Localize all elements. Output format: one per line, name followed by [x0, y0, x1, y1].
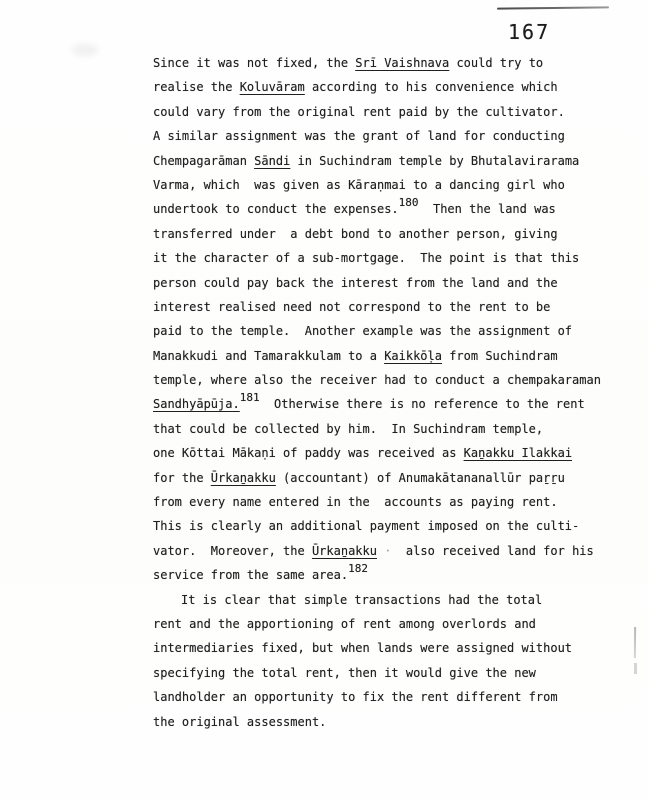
text-segment: It is clear that simple transactions had…	[181, 593, 542, 607]
text-segment: paid to the temple. Another example was …	[153, 324, 572, 338]
text-line: rent and the apportioning of rent among …	[153, 612, 613, 636]
text-segment: specifying the total rent, then it would…	[153, 666, 536, 680]
text-segment: interest realised need not correspond to…	[153, 300, 550, 314]
underlined-term: Sandhyāpūja.	[153, 397, 240, 411]
document-page: 167 Since it was not fixed, the Srī Vais…	[0, 0, 648, 800]
text-segment: Varma, which was given as Kāraṇmai to a …	[153, 178, 565, 192]
text-segment: that could be collected by him. In Suchi…	[153, 422, 543, 436]
text-segment: in Suchindram temple by Bhutalavirarama	[290, 154, 579, 168]
scan-artifact-mark	[634, 663, 637, 674]
text-segment: This is clearly an additional payment im…	[153, 519, 579, 533]
text-line: Chempagarāman Sāndi in Suchindram temple…	[153, 149, 613, 173]
text-segment: Then the land was	[419, 202, 556, 216]
text-segment: (accountant) of Anumakātananallūr paṟṟu	[276, 471, 565, 485]
underlined-term: Kaṉakku Ilakkai	[464, 446, 572, 460]
text-segment: for the	[153, 471, 211, 485]
text-segment: transferred under a debt bond to another…	[153, 227, 558, 241]
text-segment: realise the	[153, 80, 240, 94]
underlined-term: Ūrkaṉakku	[312, 544, 377, 558]
text-segment: could vary from the original rent paid b…	[153, 105, 565, 119]
text-segment: landholder an opportunity to fix the ren…	[153, 690, 558, 704]
underlined-term: Srī Vaishnava	[355, 56, 449, 70]
scan-smudge	[72, 44, 98, 56]
underlined-term: Koluvāram	[240, 80, 305, 94]
text-line: vator. Moreover, the Ūrkaṉakku · also re…	[153, 539, 613, 563]
text-segment: Manakkudi and Tamarakkulam to a	[153, 349, 384, 363]
text-segment: one Kōttai Mākaṇi of paddy was received …	[153, 446, 464, 460]
text-line: paid to the temple. Another example was …	[153, 319, 613, 343]
text-segment: temple, where also the receiver had to c…	[153, 373, 601, 387]
text-segment: service from the same area.	[153, 568, 348, 582]
footnote-ref: 181	[240, 386, 260, 410]
text-line: could vary from the original rent paid b…	[153, 100, 613, 124]
text-line: Since it was not fixed, the Srī Vaishnav…	[153, 51, 613, 75]
text-line: This is clearly an additional payment im…	[153, 514, 613, 538]
scan-artifact-line	[634, 627, 636, 658]
text-line: intermediaries fixed, but when lands wer…	[153, 636, 613, 660]
underlined-term: Ūrkaṉakku	[211, 471, 276, 485]
text-line: Sandhyāpūja.181 Otherwise there is no re…	[153, 392, 613, 416]
text-line: undertook to conduct the expenses.180 Th…	[153, 197, 613, 221]
text-segment: could try to	[449, 56, 543, 70]
text-segment: Otherwise there is no reference to the r…	[260, 397, 585, 411]
text-line: it the character of a sub-mortgage. The …	[153, 246, 613, 270]
text-line: transferred under a debt bond to another…	[153, 222, 613, 246]
text-segment: it the character of a sub-mortgage. The …	[153, 251, 579, 265]
text-segment: from every name entered in the accounts …	[153, 495, 558, 509]
text-line: from every name entered in the accounts …	[153, 490, 613, 514]
text-segment: rent and the apportioning of rent among …	[153, 617, 536, 631]
underlined-term: Sāndi	[254, 154, 290, 168]
text-line: the original assessment.	[153, 710, 613, 734]
text-segment: also received land for his	[391, 544, 593, 558]
footnote-ref: 182	[348, 557, 368, 581]
text-segment: intermediaries fixed, but when lands wer…	[153, 641, 572, 655]
text-line: A similar assignment was the grant of la…	[153, 124, 613, 148]
text-line: for the Ūrkaṉakku (accountant) of Anumak…	[153, 466, 613, 490]
text-line: It is clear that simple transactions had…	[153, 588, 613, 612]
text-segment: person could pay back the interest from …	[153, 276, 558, 290]
text-segment: the original assessment.	[153, 715, 326, 729]
page-number: 167	[508, 20, 550, 44]
text-line: landholder an opportunity to fix the ren…	[153, 685, 613, 709]
text-line: Manakkudi and Tamarakkulam to a Kaikkōḷa…	[153, 344, 613, 368]
text-line: temple, where also the receiver had to c…	[153, 368, 613, 392]
text-segment: from Suchindram	[442, 349, 558, 363]
text-line: service from the same area.182	[153, 563, 613, 587]
footnote-ref: 180	[399, 191, 419, 215]
text-line: one Kōttai Mākaṇi of paddy was received …	[153, 441, 613, 465]
text-line: Varma, which was given as Kāraṇmai to a …	[153, 173, 613, 197]
underlined-term: Kaikkōḷa	[384, 349, 442, 363]
text-line: that could be collected by him. In Suchi…	[153, 417, 613, 441]
text-line: specifying the total rent, then it would…	[153, 661, 613, 685]
text-line: realise the Koluvāram according to his c…	[153, 75, 613, 99]
text-segment: Chempagarāman	[153, 154, 254, 168]
text-segment: according to his convenience which	[305, 80, 558, 94]
text-line: interest realised need not correspond to…	[153, 295, 613, 319]
text-segment: A similar assignment was the grant of la…	[153, 129, 565, 143]
page-top-rule	[497, 6, 609, 9]
text-line: person could pay back the interest from …	[153, 271, 613, 295]
text-segment: undertook to conduct the expenses.	[153, 202, 399, 216]
body-text: Since it was not fixed, the Srī Vaishnav…	[153, 51, 613, 734]
text-segment: vator. Moreover, the	[153, 544, 312, 558]
text-segment: Since it was not fixed, the	[153, 56, 355, 70]
